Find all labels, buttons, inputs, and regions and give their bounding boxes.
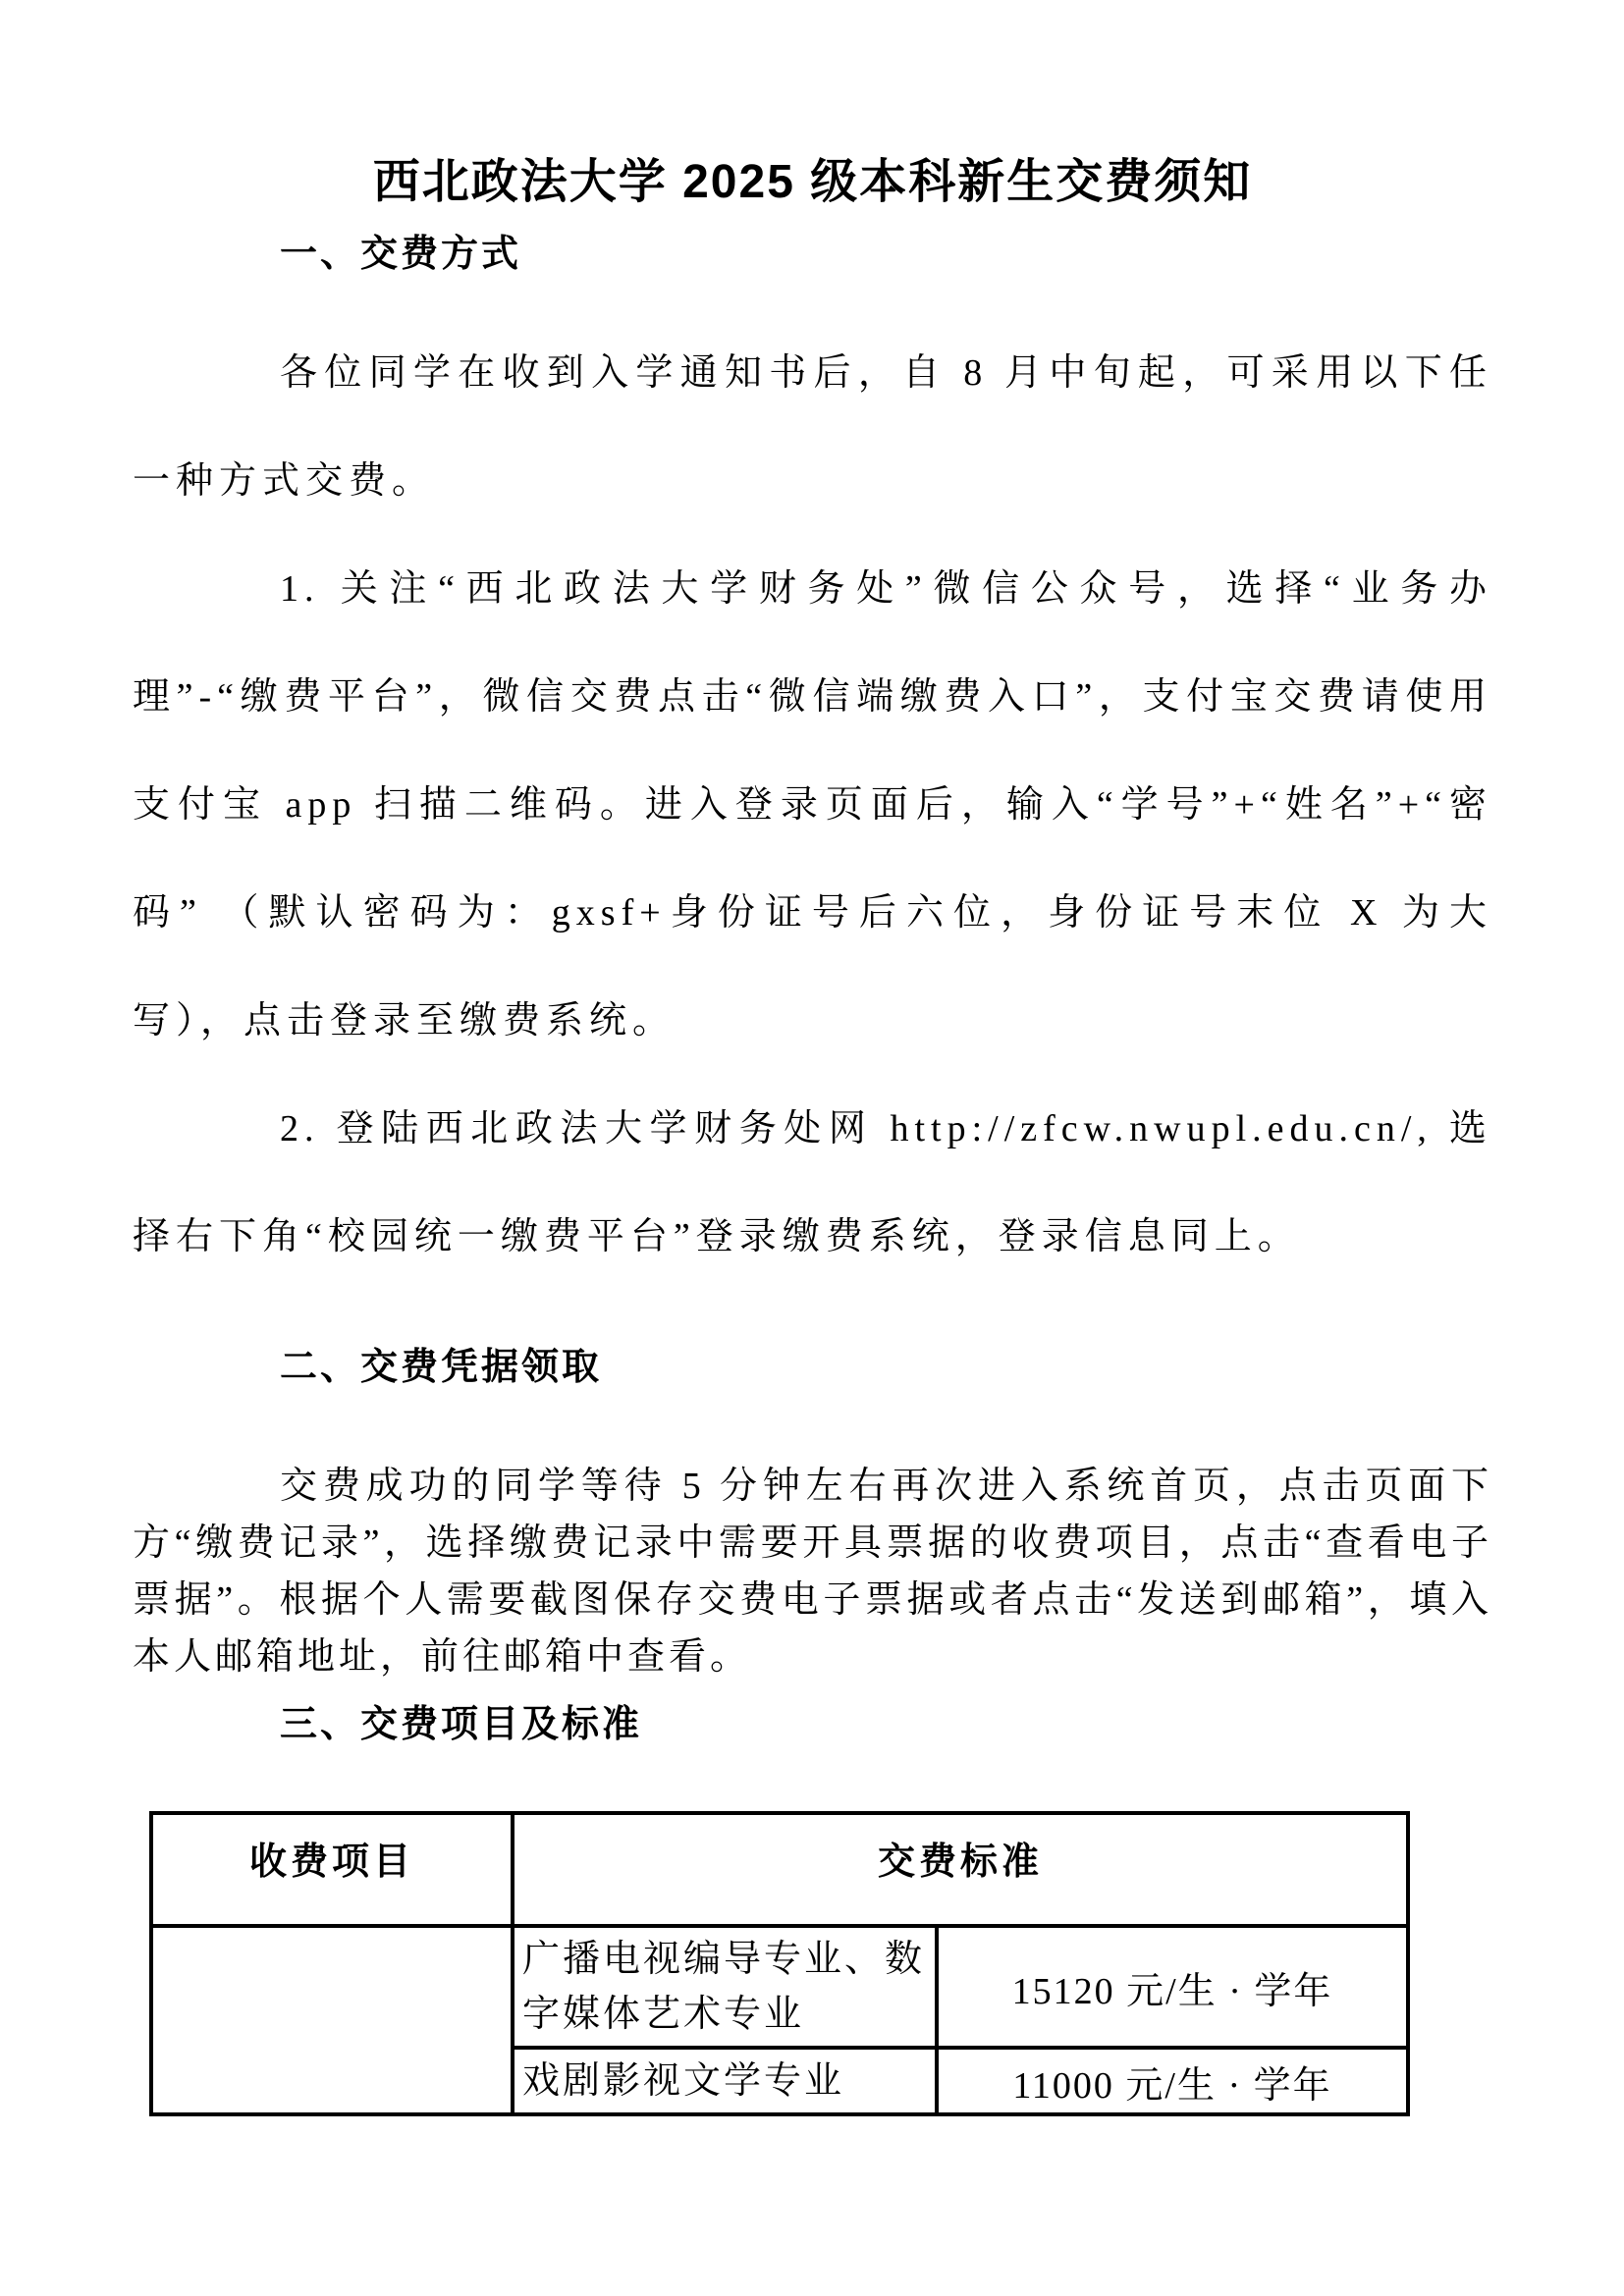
- section-2-body-paragraph: 交费成功的同学等待 5 分钟左右再次进入系统首页，点击页面下方“缴费记录”，选择…: [133, 1458, 1492, 1685]
- section-2-heading: 二、交费凭据领取: [133, 1342, 1492, 1393]
- fee-standard-table: 收费项目 交费标准 广播电视编导专业、数字媒体艺术专业 15120 元/生 · …: [149, 1811, 1410, 2116]
- header-cell-project: 收费项目: [151, 1813, 513, 1926]
- section-1-intro-paragraph: 各位同学在收到入学通知书后，自 8 月中旬起，可采用以下任一种方式交费。: [133, 319, 1492, 535]
- notice-document-page: 西北政法大学 2025 级本科新生交费须知 一、交费方式 各位同学在收到入学通知…: [0, 0, 1624, 2296]
- cell-fee-11000: 11000 元/生 · 学年: [937, 2048, 1408, 2114]
- cell-major-drama-film-literature: 戏剧影视文学专业: [513, 2048, 937, 2114]
- section-1-item-1-paragraph: 1. 关注“西北政法大学财务处”微信公众号，选择“业务办理”-“缴费平台”，微信…: [133, 535, 1492, 1075]
- document-title: 西北政法大学 2025 级本科新生交费须知: [133, 152, 1492, 213]
- section-1-heading: 一、交费方式: [133, 229, 1492, 280]
- header-cell-standard: 交费标准: [513, 1813, 1408, 1926]
- section-1-item-2-paragraph: 2. 登陆西北政法大学财务处网 http://zfcw.nwupl.edu.cn…: [133, 1075, 1492, 1291]
- section-3-heading: 三、交费项目及标准: [133, 1699, 1492, 1750]
- cell-fee-15120: 15120 元/生 · 学年: [937, 1926, 1408, 2048]
- table-header-row: 收费项目 交费标准: [151, 1813, 1408, 1926]
- cell-project-empty: [151, 1926, 513, 2114]
- cell-major-broadcast-digital: 广播电视编导专业、数字媒体艺术专业: [513, 1926, 937, 2048]
- table-row: 广播电视编导专业、数字媒体艺术专业 15120 元/生 · 学年: [151, 1926, 1408, 2048]
